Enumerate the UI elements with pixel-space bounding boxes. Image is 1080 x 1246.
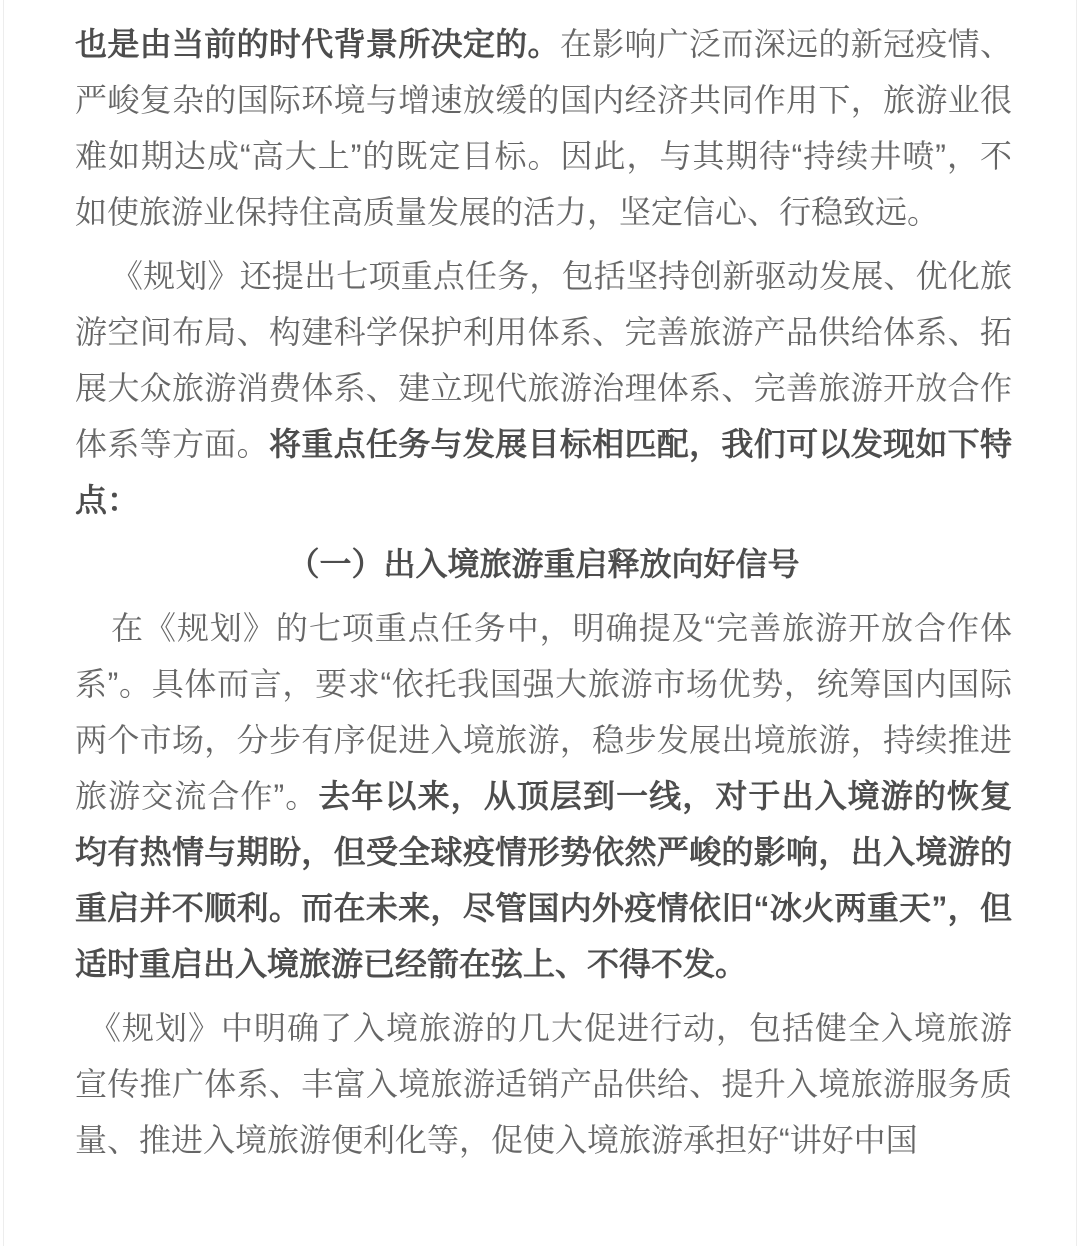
paragraph: 也是由当前的时代背景所决定的。在影响广泛而深远的新冠疫情、严峻复杂的国际环境与增…: [75, 16, 1012, 240]
section-heading: （一）出入境旅游重启释放向好信号: [75, 536, 1012, 592]
paragraph: 《规划》还提出七项重点任务，包括坚持创新驱动发展、优化旅游空间布局、构建科学保护…: [75, 248, 1012, 528]
text-run: 《规划》中明确了入境旅游的几大促进行动，包括健全入境旅游宣传推广体系、丰富入境旅…: [75, 1010, 1012, 1158]
paragraph: 《规划》中明确了入境旅游的几大促进行动，包括健全入境旅游宣传推广体系、丰富入境旅…: [75, 1000, 1012, 1168]
left-edge-divider: [3, 0, 4, 1246]
text-run: （一）出入境旅游重启释放向好信号: [287, 546, 799, 582]
article-body: 也是由当前的时代背景所决定的。在影响广泛而深远的新冠疫情、严峻复杂的国际环境与增…: [0, 0, 1080, 1196]
text-run: 也是由当前的时代背景所决定的。: [75, 26, 560, 62]
article-page: 也是由当前的时代背景所决定的。在影响广泛而深远的新冠疫情、严峻复杂的国际环境与增…: [0, 0, 1080, 1246]
right-edge-divider: [1076, 0, 1077, 1246]
paragraph: 在《规划》的七项重点任务中，明确提及“完善旅游开放合作体系”。具体而言，要求“依…: [75, 600, 1012, 992]
